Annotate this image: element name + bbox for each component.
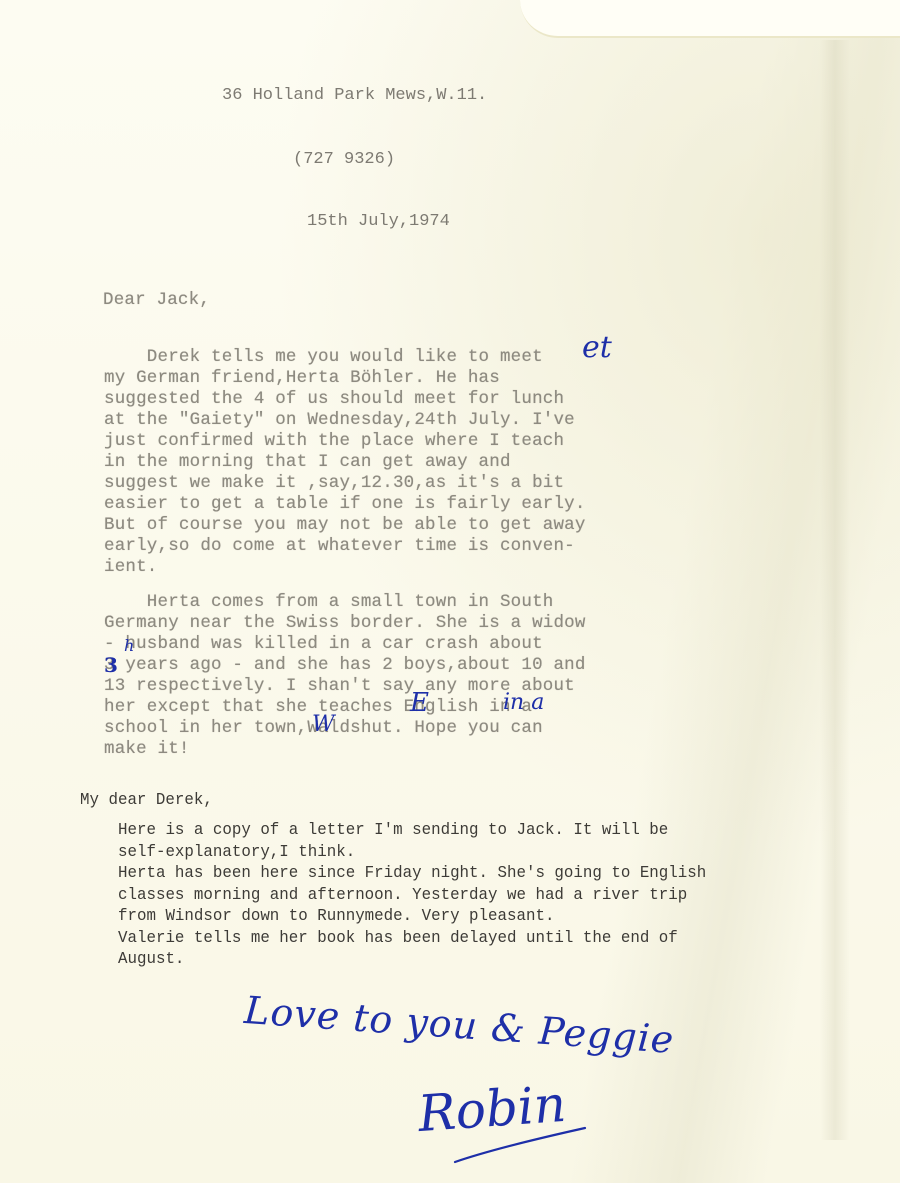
text-line: Here is a copy of a letter I'm sending t…	[118, 820, 706, 842]
text-line: easier to get a table if one is fairly e…	[104, 494, 586, 516]
handwritten-correction-in-a: in a	[503, 690, 544, 715]
text-line: - husband was killed in a car crash abou…	[104, 634, 543, 656]
sender-address: 36 Holland Park Mews,W.11.	[222, 86, 487, 105]
handwritten-correction-meet: et	[582, 330, 612, 365]
paper-fold	[520, 0, 900, 38]
text-line: ient.	[104, 557, 158, 579]
text-line: But of course you may not be able to get…	[104, 515, 586, 537]
text-line: early,so do come at whatever time is con…	[104, 536, 575, 558]
handwritten-correction-english: E	[410, 688, 429, 718]
text-line: self-explanatory,I think.	[118, 842, 706, 864]
handwritten-correction-waldshut: W	[312, 712, 335, 737]
text-line: Germany near the Swiss border. She is a …	[104, 613, 586, 635]
letter-date: 15th July,1974	[307, 212, 450, 231]
text-line: Derek tells me you would like to meet	[104, 347, 543, 369]
text-line: at the "Gaiety" on Wednesday,24th July. …	[104, 410, 575, 432]
note-to-derek: Here is a copy of a letter I'm sending t…	[118, 820, 751, 971]
salutation-jack: Dear Jack,	[103, 290, 210, 312]
salutation-derek: My dear Derek,	[80, 790, 213, 812]
text-line: make it!	[104, 739, 190, 761]
text-line: Herta comes from a small town in South	[104, 592, 553, 614]
handwritten-correction-husband: h	[124, 636, 134, 655]
text-line: from Windsor down to Runnymede. Very ple…	[118, 906, 706, 928]
sender-phone: (727 9326)	[293, 150, 395, 169]
paper-crease	[820, 40, 850, 1140]
handwritten-correction-three: 3	[104, 653, 118, 677]
text-line: August.	[118, 949, 706, 971]
text-line: Herta has been here since Friday night. …	[118, 863, 706, 885]
text-line: just confirmed with the place where I te…	[104, 431, 564, 453]
signature-underline	[450, 1120, 590, 1170]
text-line: classes morning and afternoon. Yesterday…	[118, 885, 706, 907]
text-line: suggested the 4 of us should meet for lu…	[104, 389, 564, 411]
text-line: in the morning that I can get away and	[104, 452, 511, 474]
text-line: Valerie tells me her book has been delay…	[118, 928, 706, 950]
text-line: 3 years ago - and she has 2 boys,about 1…	[104, 655, 586, 677]
text-line: suggest we make it ,say,12.30,as it's a …	[104, 473, 564, 495]
text-line: my German friend,Herta Böhler. He has	[104, 368, 500, 390]
